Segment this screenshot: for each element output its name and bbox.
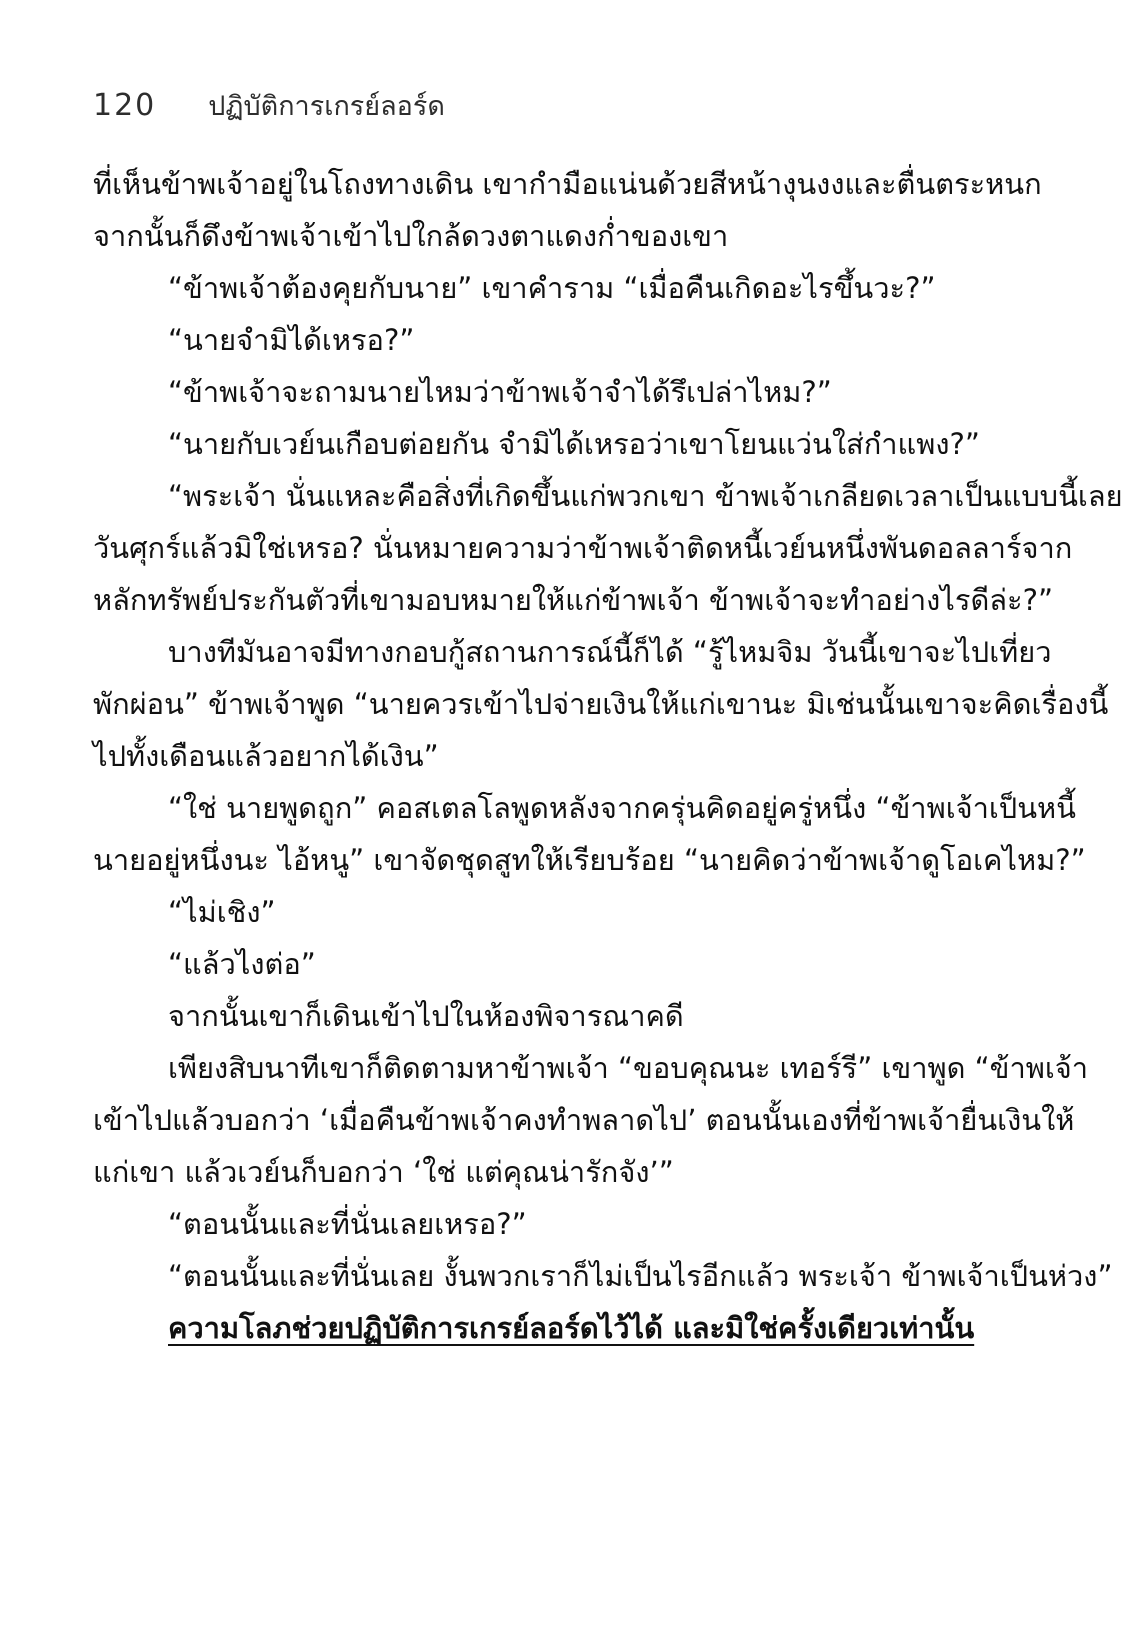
running-title: ปฏิบัติการเกรย์ลอร์ด	[208, 84, 445, 127]
body-line-emphasis: ความโลภช่วยปฏิบัติการเกรย์ลอร์ดไว้ได้ แล…	[93, 1302, 973, 1354]
body-line: “ตอนนั้นและที่นั่นเลยเหรอ?”	[93, 1198, 973, 1250]
book-page: 120 ปฏิบัติการเกรย์ลอร์ด ที่เห็นข้าพเจ้า…	[0, 0, 1126, 1638]
body-line: เข้าไปแล้วบอกว่า ‘เมื่อคืนข้าพเจ้าคงทำพล…	[93, 1094, 973, 1146]
body-line: “แล้วไงต่อ”	[93, 938, 973, 990]
body-line: เพียงสิบนาทีเขาก็ติดตามหาข้าพเจ้า “ขอบคุ…	[93, 1042, 973, 1094]
body-line: วันศุกร์แล้วมิใช่เหรอ? นั่นหมายความว่าข้…	[93, 522, 973, 574]
body-line: “ใช่ นายพูดถูก” คอสเตลโลพูดหลังจากครุ่นค…	[93, 782, 973, 834]
page-header: 120 ปฏิบัติการเกรย์ลอร์ด	[93, 84, 445, 127]
page-number: 120	[93, 88, 156, 123]
body-line: แก่เขา แล้วเวย์นก็บอกว่า ‘ใช่ แต่คุณน่าร…	[93, 1146, 973, 1198]
body-line: “ตอนนั้นและที่นั่นเลย งั้นพวกเราก็ไม่เป็…	[93, 1250, 973, 1302]
body-line: นายอยู่หนึ่งนะ ไอ้หนู” เขาจัดชุดสูทให้เร…	[93, 834, 973, 886]
body-line: “นายจำมิได้เหรอ?”	[93, 314, 973, 366]
body-line: ไปทั้งเดือนแล้วอยากได้เงิน”	[93, 730, 973, 782]
body-line: จากนั้นก็ดึงข้าพเจ้าเข้าไปใกล้ดวงตาแดงก่…	[93, 210, 973, 262]
body-line: “พระเจ้า นั่นแหละคือสิ่งที่เกิดขึ้นแก่พว…	[93, 470, 973, 522]
body-text: ที่เห็นข้าพเจ้าอยู่ในโถงทางเดิน เขากำมือ…	[93, 158, 973, 1354]
body-line: พักผ่อน” ข้าพเจ้าพูด “นายควรเข้าไปจ่ายเง…	[93, 678, 973, 730]
body-line: จากนั้นเขาก็เดินเข้าไปในห้องพิจารณาคดี	[93, 990, 973, 1042]
body-line: บางทีมันอาจมีทางกอบกู้สถานการณ์นี้ก็ได้ …	[93, 626, 973, 678]
body-line: ที่เห็นข้าพเจ้าอยู่ในโถงทางเดิน เขากำมือ…	[93, 158, 973, 210]
body-line: “นายกับเวย์นเกือบต่อยกัน จำมิได้เหรอว่าเ…	[93, 418, 973, 470]
body-line: “ข้าพเจ้าจะถามนายไหมว่าข้าพเจ้าจำได้รึเป…	[93, 366, 973, 418]
body-line: “ไม่เชิง”	[93, 886, 973, 938]
body-line: หลักทรัพย์ประกันตัวที่เขามอบหมายให้แก่ข้…	[93, 574, 973, 626]
body-line: “ข้าพเจ้าต้องคุยกับนาย” เขาคำราม “เมื่อค…	[93, 262, 973, 314]
